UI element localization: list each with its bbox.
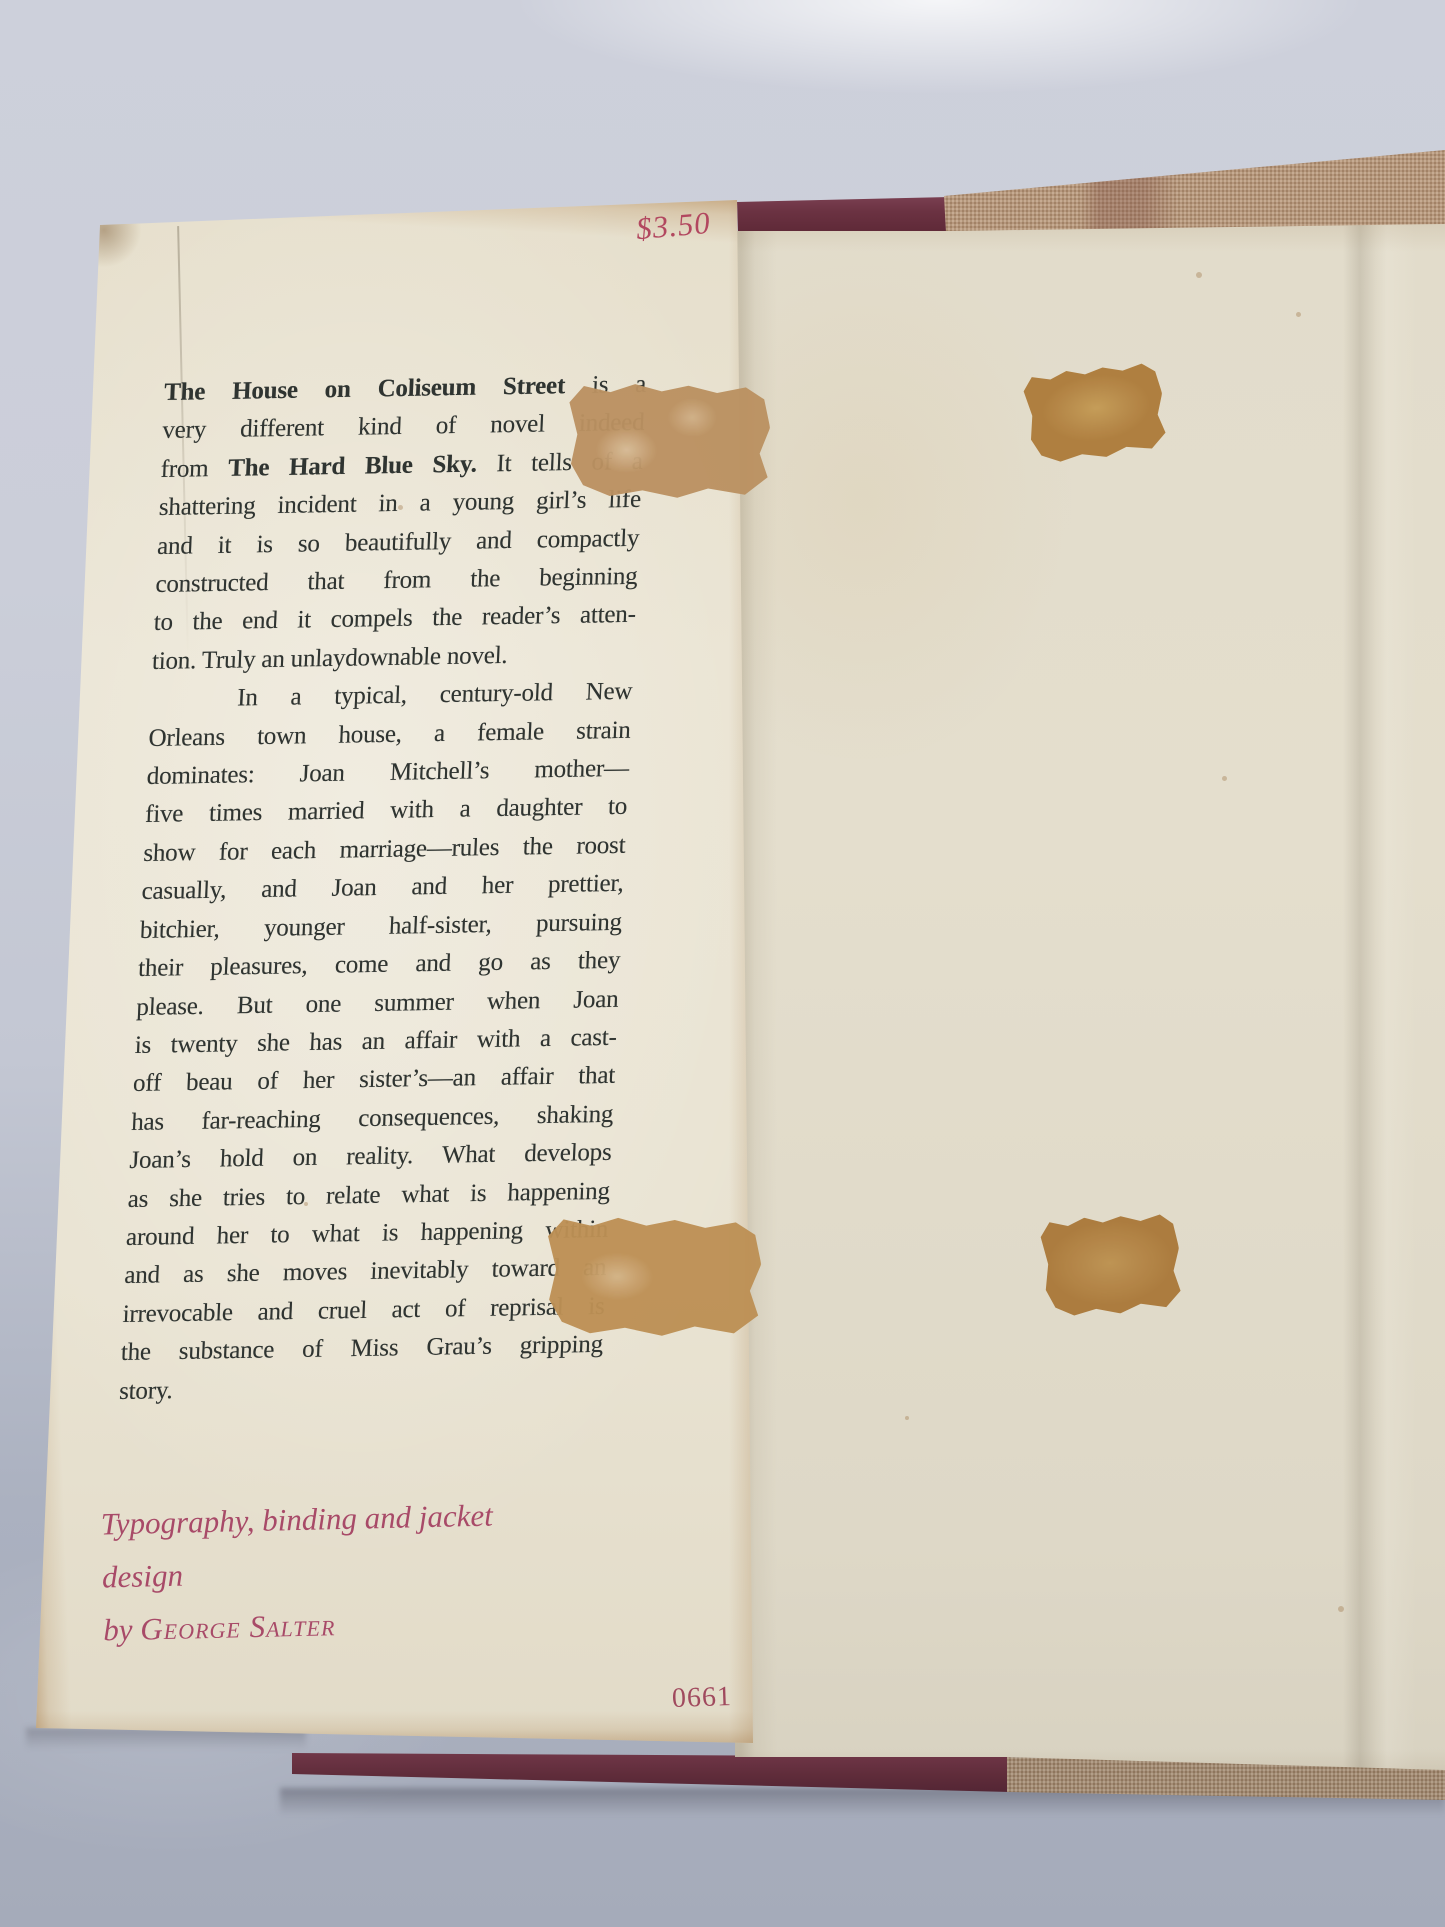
credit-by: by xyxy=(103,1612,141,1648)
book-photo-scene: $3.50 The House on Coliseum Street is av… xyxy=(0,0,1445,1927)
jacket-code: 0661 xyxy=(671,1681,732,1715)
tape-stain-upper-left xyxy=(564,381,770,501)
foxing-speck xyxy=(304,1202,308,1206)
price-label: $3.50 xyxy=(635,205,713,247)
designer-credit-line1: Typography, binding and jacket design xyxy=(100,1487,582,1604)
foxing-speck xyxy=(398,505,403,510)
foxing-speck xyxy=(1296,312,1301,317)
tape-stain-lower-right xyxy=(1037,1209,1184,1321)
designer-credit-line2: by George Salter xyxy=(103,1593,584,1657)
foxing-speck xyxy=(1222,776,1227,781)
designer-credit: Typography, binding and jacket design by… xyxy=(100,1487,583,1657)
flap-blurb-line: the substance of Miss Grau’s gripping xyxy=(120,1326,604,1373)
foxing-speck xyxy=(1338,1606,1344,1612)
flap-blurb-line: to the end it compels the reader’s atten… xyxy=(153,596,637,643)
foxing-speck xyxy=(1196,272,1202,278)
tape-stain-lower-left xyxy=(542,1214,762,1340)
foxing-speck xyxy=(905,1416,909,1420)
designer-name: George Salter xyxy=(140,1607,336,1646)
